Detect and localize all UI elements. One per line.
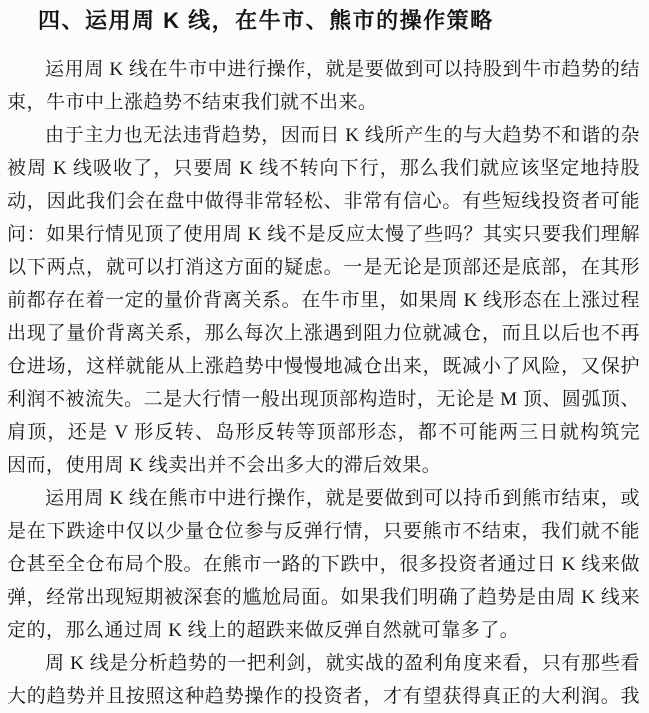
- text-line: 由于主力也无法违背趋势，因而日 K 线所产生的与大趋势不和谐的杂音: [7, 119, 640, 152]
- text-line: 仓甚至全仓布局个股。在熊市一路的下跌中，很多投资者通过日 K 线来做反: [7, 548, 640, 581]
- paragraph: 运用周 K 线在熊市中进行操作，就是要做到可以持币到熊市结束，或者是在下跌途中仅…: [7, 482, 640, 647]
- text-line: 肩顶，还是 V 形反转、岛形反转等顶部形态，都不可能两三日就构筑完毕，: [7, 416, 640, 449]
- text-line: 出现了量价背离关系，那么每次上涨遇到阻力位就减仓，而且以后也不再加: [7, 317, 640, 350]
- text-line: 前都存在着一定的量价背离关系。在牛市里，如果周 K 线形态在上涨过程中: [7, 284, 640, 317]
- text-line: 定的，那么通过周 K 线上的超跌来做反弹自然就可靠多了。: [7, 614, 640, 647]
- text-line: 束，牛市中上涨趋势不结束我们就不出来。: [7, 86, 640, 119]
- paragraph: 运用周 K 线在牛市中进行操作，就是要做到可以持股到牛市趋势的结束，牛市中上涨趋…: [7, 53, 640, 119]
- section-title: 四、运用周 K 线，在牛市、熊市的操作策略: [38, 6, 640, 36]
- text-line: 弹，经常出现短期被深套的尴尬局面。如果我们明确了趋势是由周 K 线来确: [7, 581, 640, 614]
- text-line: 利润不被流失。二是大行情一般出现顶部构造时，无论是 M 顶、圆弧顶、头: [7, 383, 640, 416]
- text-line: 仓进场，这样就能从上涨趋势中慢慢地减仓出来，既减小了风险，又保护了: [7, 350, 640, 383]
- text-line: 动，因此我们会在盘中做得非常轻松、非常有信心。有些短线投资者可能会: [7, 185, 640, 218]
- text-line: 被周 K 线吸收了，只要周 K 线不转向下行，那么我们就应该坚定地持股不: [7, 152, 640, 185]
- text-line: 运用周 K 线在牛市中进行操作，就是要做到可以持股到牛市趋势的结: [7, 53, 640, 86]
- text-line: 以下两点，就可以打消这方面的疑虑。一是无论是顶部还是底部，在其形成: [7, 251, 640, 284]
- text-line: 周 K 线是分析趋势的一把利剑，就实战的盈利角度来看，只有那些看对: [7, 647, 640, 680]
- text-line: 是在下跌途中仅以少量仓位参与反弹行情，只要熊市不结束，我们就不能重: [7, 515, 640, 548]
- body-text: 运用周 K 线在牛市中进行操作，就是要做到可以持股到牛市趋势的结束，牛市中上涨趋…: [7, 53, 640, 713]
- paragraph: 由于主力也无法违背趋势，因而日 K 线所产生的与大趋势不和谐的杂音被周 K 线吸…: [7, 119, 640, 482]
- text-line: 因而，使用周 K 线卖出并不会出多大的滞后效果。: [7, 449, 640, 482]
- book-page: 四、运用周 K 线，在牛市、熊市的操作策略 运用周 K 线在牛市中进行操作，就是…: [0, 0, 649, 713]
- text-line: 运用周 K 线在熊市中进行操作，就是要做到可以持币到熊市结束，或者: [7, 482, 640, 515]
- text-line: 大的趋势并且按照这种趋势操作的投资者，才有望获得真正的大利润。我们: [7, 680, 640, 713]
- text-line: 问：如果行情见顶了使用周 K 线不是反应太慢了些吗？其实只要我们理解了: [7, 218, 640, 251]
- paragraph: 周 K 线是分析趋势的一把利剑，就实战的盈利角度来看，只有那些看对大的趋势并且按…: [7, 647, 640, 713]
